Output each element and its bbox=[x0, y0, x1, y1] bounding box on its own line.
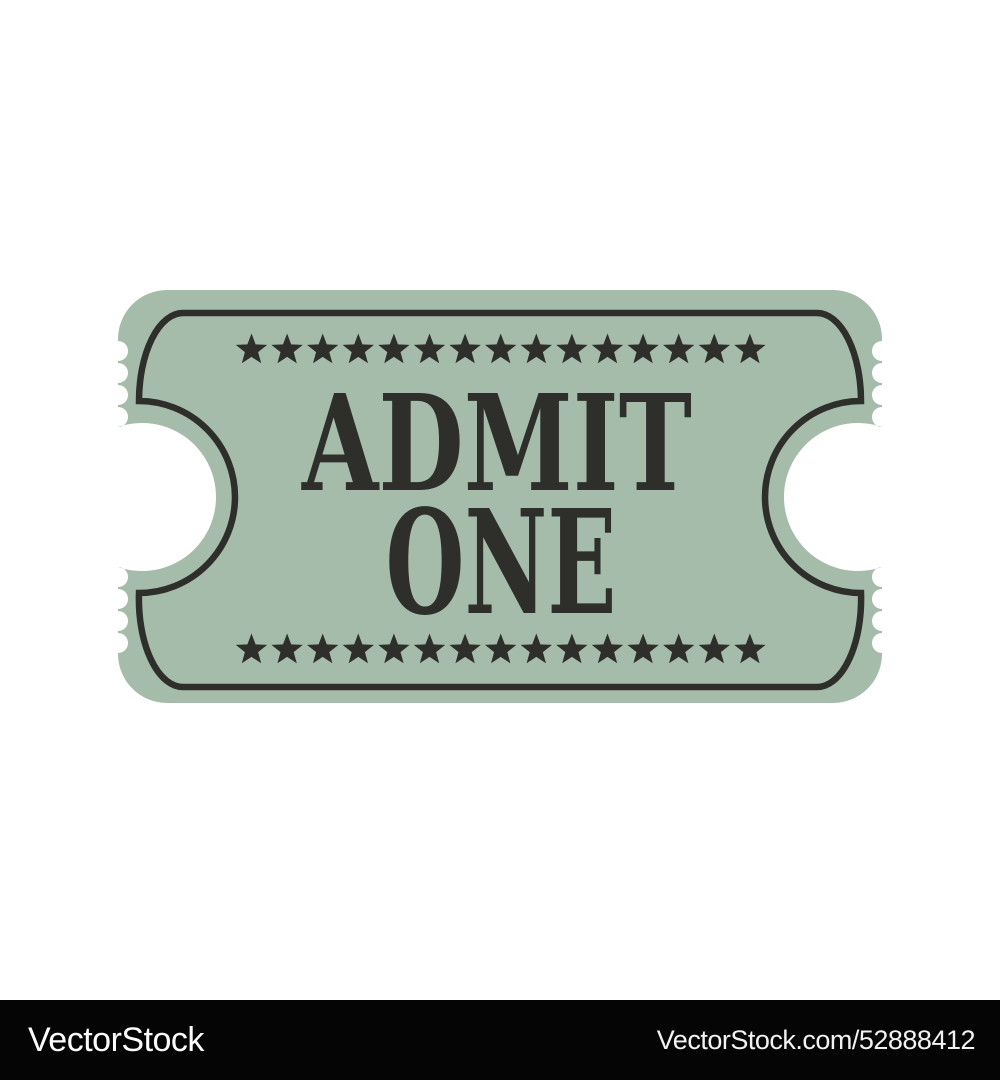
watermark-brand: VectorStock bbox=[28, 1023, 204, 1057]
ticket-line2: ONE bbox=[386, 478, 617, 647]
watermark-bar: VectorStock VectorStock.com/52888412 bbox=[0, 1000, 1000, 1080]
stock-image-canvas: ADMIT ONE VectorStock VectorStock.com/52… bbox=[0, 0, 1000, 1080]
watermark-site-ref: VectorStock.com/52888412 bbox=[657, 1027, 975, 1054]
ticket-illustration: ADMIT ONE bbox=[0, 0, 1000, 1080]
